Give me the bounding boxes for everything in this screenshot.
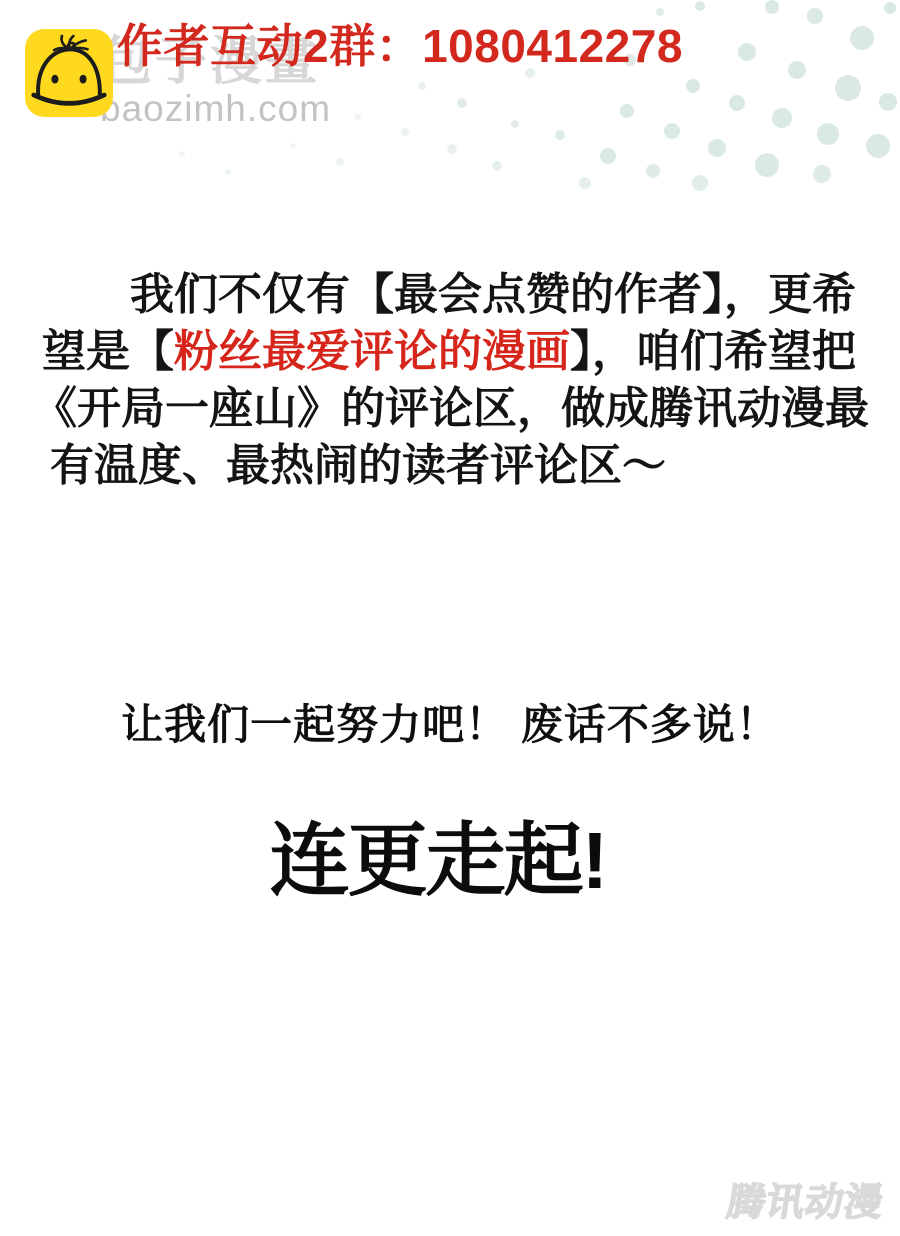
rally-slogan: 让我们一起努力吧！ 废话不多说！: [0, 692, 900, 752]
paragraph-line-2: 望是【粉丝最爱评论的漫画】，咱们希望把: [42, 323, 900, 380]
author-group-banner: 作者互动2群：1080412278: [117, 10, 683, 76]
line-4-text: 有温度、最热闹的读者评论区～: [50, 441, 666, 490]
tencent-comics-watermark: 腾讯动漫: [724, 1171, 889, 1226]
line-3-text: 《开局一座山》的评论区，做成腾讯动漫最: [33, 384, 869, 433]
watermark-domain-text: baozimh.com: [100, 90, 331, 127]
comic-announcement-page: 包子漫畫 baozimh.com 作者互动2群：1080412278 我们不仅有…: [0, 0, 900, 1236]
announcement-paragraph: 我们不仅有【最会点赞的作者】，更希 望是【粉丝最爱评论的漫画】，咱们希望把 《开…: [0, 266, 900, 494]
big-slogan: 连更走起!: [0, 796, 888, 911]
paragraph-line-1: 我们不仅有【最会点赞的作者】，更希: [130, 266, 900, 323]
baozi-bun-icon: [25, 29, 113, 117]
line-2-text: 望是【: [42, 327, 174, 376]
paragraph-line-3: 《开局一座山》的评论区，做成腾讯动漫最: [33, 380, 900, 437]
line-2-tail: 】，咱们希望把: [570, 327, 856, 376]
line-2-highlight: 粉丝最爱评论的漫画: [174, 327, 570, 376]
line-1-text: 我们不仅有【最会点赞的作者】，更希: [130, 270, 856, 319]
dot-pattern: [0, 0, 900, 1236]
paragraph-line-4: 有温度、最热闹的读者评论区～: [50, 437, 900, 494]
